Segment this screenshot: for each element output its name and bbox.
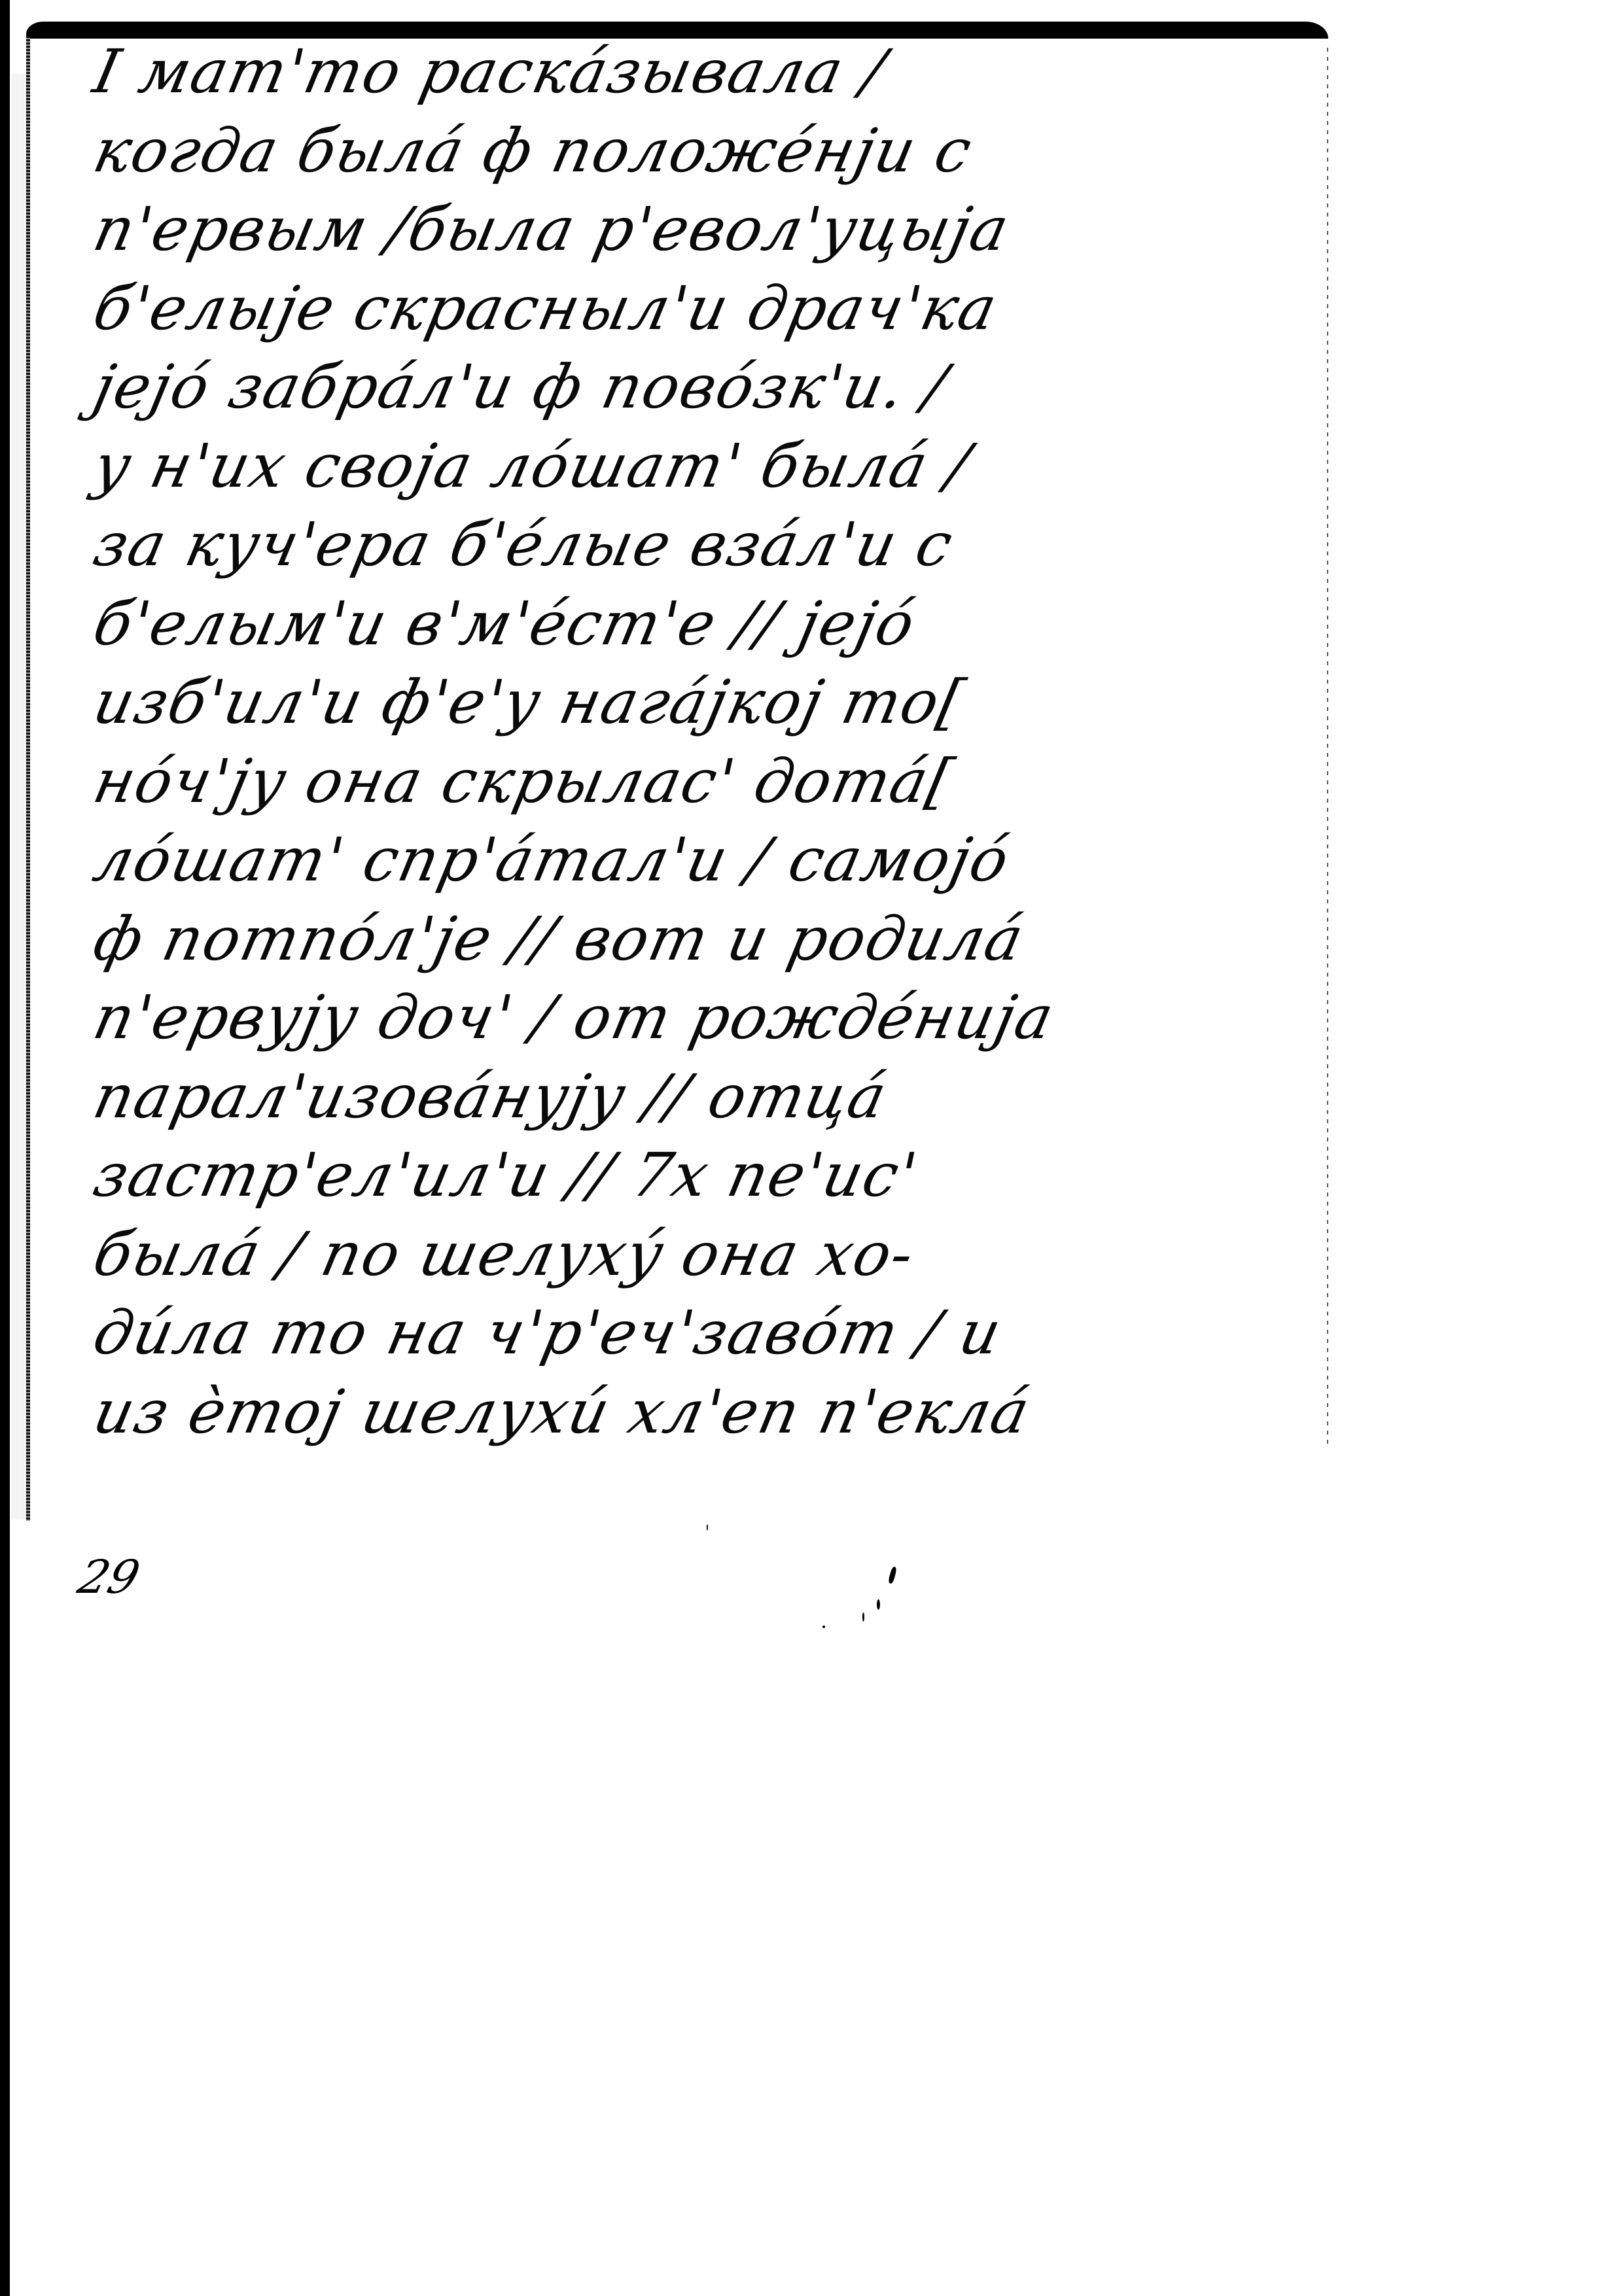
text-line: парал'изовáнују // отцá (86, 1058, 1320, 1137)
card-left-shadow (12, 74, 26, 1520)
text-line: п'ервым /была р'евол'уцыја (86, 190, 1320, 270)
text-line: б'елыје скрасныл'и драч'ка (86, 270, 1320, 349)
scan-speck (707, 1524, 708, 1531)
scan-speck (888, 1566, 897, 1584)
text-line: из ѐтој шелухú хл'еп п'еклá (86, 1373, 1320, 1452)
handwritten-text-block: І мат'то раскáзывала / когда былá ф поло… (95, 33, 1312, 1452)
text-line: застр'ел'ил'и // 7х пе'ис' (86, 1136, 1320, 1215)
card-left-border (26, 36, 30, 1521)
text-line: б'елым'и в'м'éст'е // јејó (86, 585, 1320, 664)
text-line: І мат'то раскáзывала / (86, 33, 1320, 112)
text-line: когда былá ф положéнји с (86, 112, 1320, 191)
scan-speck (822, 1626, 825, 1628)
text-line: у н'их своја лóшат' былá / (86, 427, 1320, 506)
scan-speck (877, 1599, 880, 1610)
page-number: 29 (73, 1550, 145, 1604)
scan-speck (862, 1612, 864, 1622)
text-line: јејó забрáл'и ф повóзк'и. / (86, 348, 1320, 427)
text-line: былá / по шелухý она хо- (86, 1215, 1320, 1295)
text-line: лóшат' спр'áтал'и / самојó (86, 821, 1320, 900)
text-line: изб'ил'и ф'е'у нагáјкој то[ (86, 663, 1320, 742)
text-line: за куч'ера б'éлые взáл'и с (86, 506, 1320, 585)
text-line: нóч'ју она скрылас' дотá[ (86, 742, 1320, 822)
card-right-border (1327, 48, 1328, 1448)
scan-binding-edge (0, 0, 10, 2296)
text-line: дúла то на ч'р'еч'завóт / и (86, 1294, 1320, 1373)
text-line: п'ервују доч' / от рождéнија (86, 979, 1320, 1058)
text-line: ф потпóл'је // вот и родилá (86, 900, 1320, 979)
